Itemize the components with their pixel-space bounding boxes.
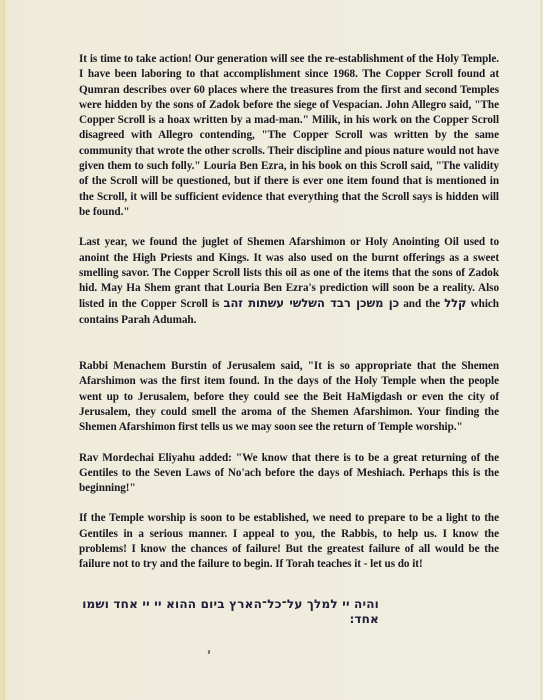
hebrew-word-kalal: קלל <box>444 296 466 310</box>
paper-speck <box>208 650 211 654</box>
hebrew-verse: והיה יי למלך על־כל־הארץ ביום ההוא יי יי … <box>79 597 379 628</box>
paragraph-rabbi-burstin-quote: Rabbi Menachem Burstin of Jerusalem said… <box>79 359 499 435</box>
hebrew-phrase-treasure: כן משכן רבד השלשי עשתות זהב <box>223 296 399 310</box>
page-left-edge <box>3 0 5 700</box>
paragraph-call-to-action: It is time to take action! Our generatio… <box>79 52 499 220</box>
paragraph-appeal: If the Temple worship is soon to be esta… <box>79 511 499 572</box>
letter-body: It is time to take action! Our generatio… <box>79 52 499 627</box>
scanned-page: It is time to take action! Our generatio… <box>0 0 543 700</box>
paragraph-rav-eliyahu-quote: Rav Mordechai Eliyahu added: "We know th… <box>79 451 499 497</box>
paragraph-text: and the <box>399 298 444 310</box>
paragraph-shemen-afarshimon: Last year, we found the juglet of Shemen… <box>79 235 499 328</box>
